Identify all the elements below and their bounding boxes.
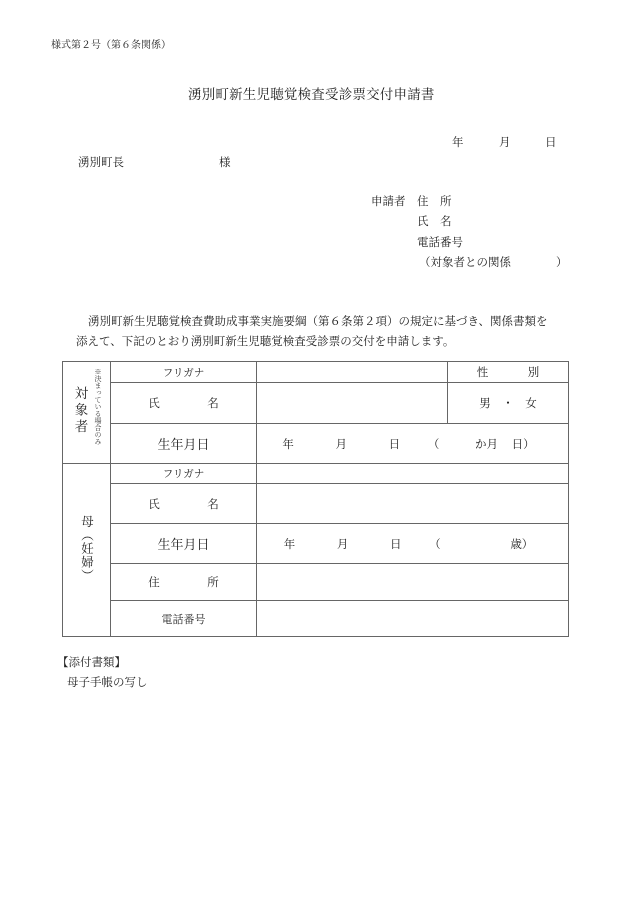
date-day-label: 日 [545, 134, 557, 150]
attachment-item: 母子手帳の写し [67, 674, 148, 690]
mother-birth-day: 日 [390, 536, 402, 552]
subject-sex-field[interactable]: 男 ・ 女 [448, 383, 569, 424]
applicant-name-label: 氏 名 [417, 213, 452, 229]
subject-sex-header: 性 別 [448, 362, 569, 383]
attachments-heading: 【添付書類】 [57, 654, 126, 670]
mother-phone-field[interactable] [257, 601, 569, 637]
mother-age-open: （ [429, 536, 441, 552]
mother-birthdate-field[interactable]: 年 月 日 （ 歳） [257, 524, 569, 564]
mother-phone-label: 電話番号 [111, 601, 257, 637]
form-number: 様式第２号（第６条関係） [51, 36, 171, 51]
mother-furigana-field[interactable] [257, 464, 569, 484]
addressee-honorific: 様 [219, 154, 231, 170]
applicant-relation-close: ） [556, 254, 568, 270]
mother-birthdate-label: 生年月日 [111, 524, 257, 564]
document-title: 湧別町新生児聴覚検査受診票交付申請書 [188, 83, 435, 103]
subject-birthdate-field[interactable]: 年 月 日 （ か月 日） [257, 424, 569, 464]
mother-birth-year: 年 [284, 536, 296, 552]
mother-name-label: 氏 名 [111, 484, 257, 524]
subject-sex-options: 男 ・ 女 [479, 396, 537, 410]
date-month-label: 月 [499, 134, 511, 150]
mother-address-field[interactable] [257, 564, 569, 601]
mother-birth-month: 月 [337, 536, 349, 552]
subject-birth-year: 年 [282, 436, 294, 452]
subject-age-open: （ [428, 436, 440, 452]
date-year-label: 年 [452, 134, 464, 150]
addressee-name: 湧別町長 [78, 154, 124, 170]
subject-name-field[interactable] [257, 383, 448, 424]
application-table: 対象者 ※決まっている場合のみ フリガナ 性 別 氏 名 男 ・ 女 生年月日 … [62, 361, 569, 637]
subject-birthdate-label: 生年月日 [111, 424, 257, 464]
mother-name-field[interactable] [257, 484, 569, 524]
subject-age-months: か月 [475, 436, 498, 452]
subject-age-days: 日） [512, 436, 535, 452]
mother-age-close: 歳） [510, 536, 533, 552]
mother-group-label: 母（妊婦） [78, 515, 96, 583]
subject-group-label: 対象者 [70, 386, 90, 436]
applicant-phone-label: 電話番号 [417, 234, 463, 250]
applicant-address-label: 住 所 [417, 193, 452, 209]
mother-group-header: 母（妊婦） [63, 464, 111, 637]
body-text-line2: 添えて、下記のとおり湧別町新生児聴覚検査受診票の交付を申請します。 [76, 330, 454, 352]
body-text-line1: 湧別町新生児聴覚検査費助成事業実施要綱（第６条第２項）の規定に基づき、関係書類を [88, 310, 548, 332]
mother-address-label: 住 所 [111, 564, 257, 601]
subject-birth-month: 月 [336, 436, 348, 452]
subject-furigana-field[interactable] [257, 362, 448, 383]
applicant-relation-label: （対象者との関係 [419, 254, 511, 270]
mother-furigana-label: フリガナ [111, 464, 257, 484]
subject-furigana-label: フリガナ [111, 362, 257, 383]
subject-birth-day: 日 [389, 436, 401, 452]
subject-group-header: 対象者 ※決まっている場合のみ [63, 362, 111, 464]
subject-note: ※決まっている場合のみ [94, 368, 102, 445]
applicant-label: 申請者 [371, 193, 406, 209]
subject-name-label: 氏 名 [111, 383, 257, 424]
